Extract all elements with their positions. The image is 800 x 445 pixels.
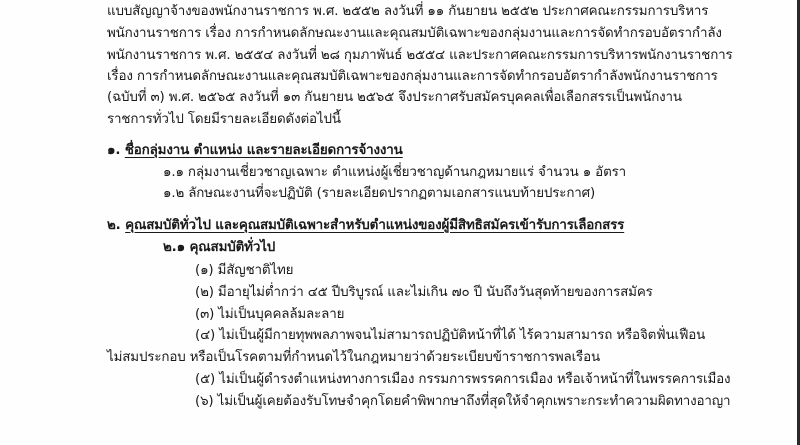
intro-line-2: พนักงานราชการ เรื่อง การกำหนดลักษณะงานแล… [107,24,722,44]
section-2-heading: ๒. คุณสมบัติทั่วไป และคุณสมบัติเฉพาะสำหร… [107,216,624,236]
section-2-subheading: ๒.๑ คุณสมบัติทั่วไป [163,238,275,258]
section-1-item-1: ๑.๑ กลุ่มงานเชี่ยวชาญเฉพาะ ตำแหน่งผู้เชี… [163,163,626,183]
qualification-5: (๕) ไม่เป็นผู้ดำรงตำแหน่งทางการเมือง กรร… [195,370,730,390]
qualification-2: (๒) มีอายุไม่ต่ำกว่า ๔๕ ปีบริบูรณ์ และไม… [195,283,653,303]
intro-line-1: แบบสัญญาจ้างของพนักงานราชการ พ.ศ. ๒๕๕๒ ล… [107,2,708,22]
section-2-title: คุณสมบัติทั่วไป และคุณสมบัติเฉพาะสำหรับต… [125,218,624,233]
section-2-number: ๒. [107,218,121,233]
section-1-heading: ๑. ชื่อกลุ่มงาน ตำแหน่ง และรายละเอียดการ… [107,141,403,161]
qualification-3: (๓) ไม่เป็นบุคคลล้มละลาย [195,305,344,325]
section-1-number: ๑. [107,143,120,158]
intro-line-4: เรื่อง การกำหนดลักษณะงานและคุณสมบัติเฉพา… [107,67,718,87]
intro-line-6: ราชการทั่วไป โดยมีรายละเอียดดังต่อไปนี้ [107,110,341,130]
qualification-4: (๔) ไม่เป็นผู้มีกายทุพพลภาพจนไม่สามารถปฏ… [195,326,705,346]
intro-line-5: (ฉบับที่ ๓) พ.ศ. ๒๕๖๕ ลงวันที่ ๑๓ กันยาย… [107,88,682,108]
section-1-item-2: ๑.๒ ลักษณะงานที่จะปฏิบัติ (รายละเอียดปรา… [163,184,595,204]
qualification-4-continued: ไม่สมประกอบ หรือเป็นโรคตามที่กำหนดไว้ในก… [107,348,600,368]
document-page: แบบสัญญาจ้างของพนักงานราชการ พ.ศ. ๒๕๕๒ ล… [0,0,797,445]
qualification-6: (๖) ไม่เป็นผู้เคยต้องรับโทษจำคุกโดยคำพิพ… [195,392,730,412]
section-1-title: ชื่อกลุ่มงาน ตำแหน่ง และรายละเอียดการจ้า… [125,143,403,158]
intro-line-3: พนักงานราชการ พ.ศ. ๒๕๕๔ ลงวันที่ ๒๘ กุมภ… [107,46,733,66]
qualification-1: (๑) มีสัญชาติไทย [195,261,293,281]
